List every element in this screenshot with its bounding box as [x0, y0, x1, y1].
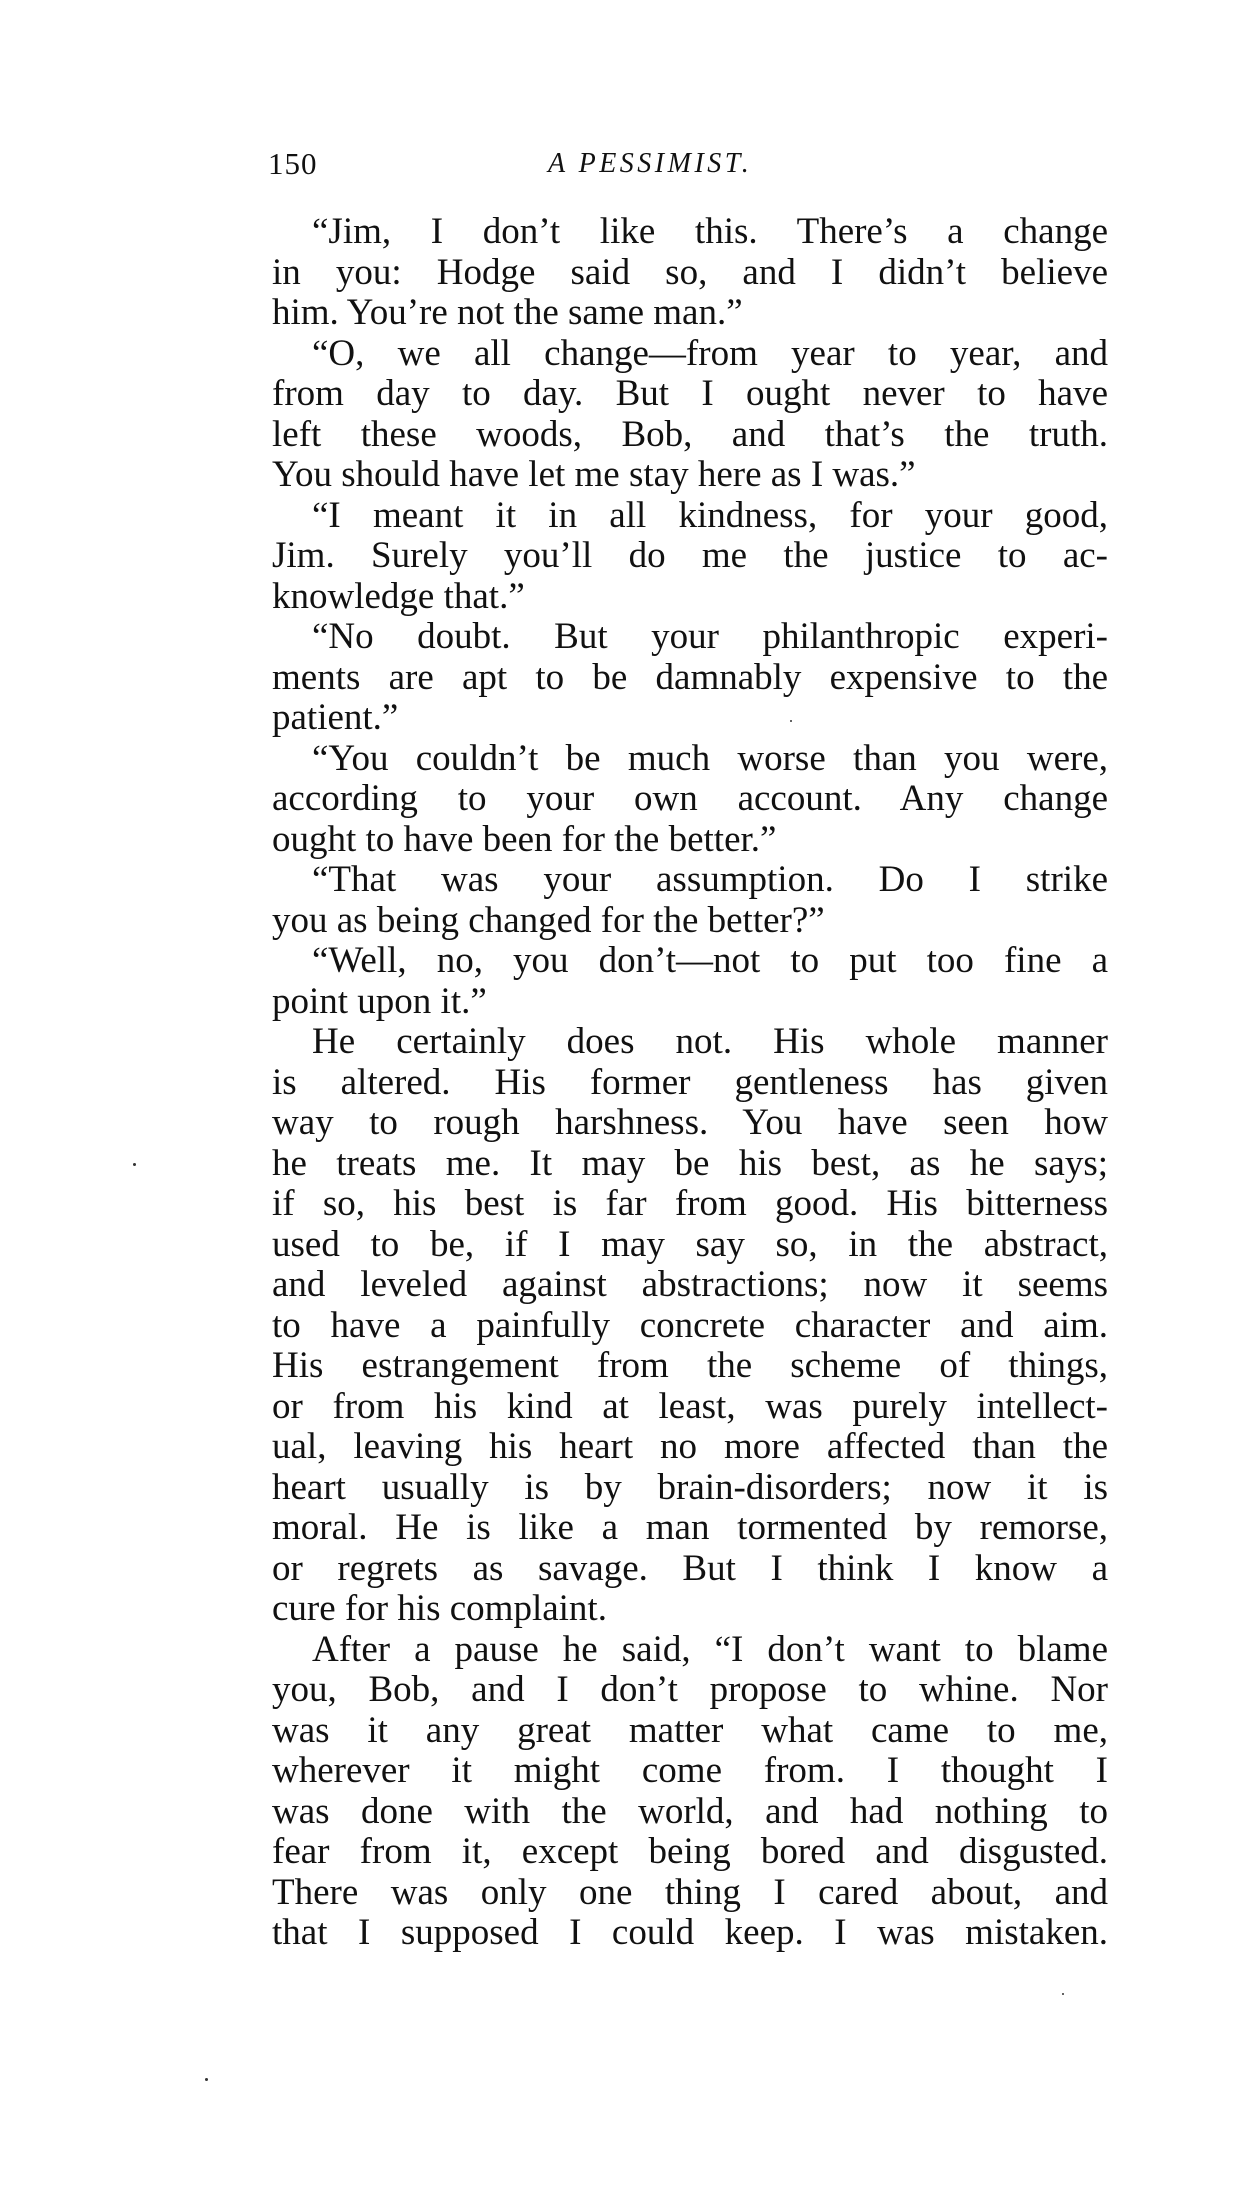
text-line: or regrets as savage. But I think I know…: [272, 1549, 1108, 1590]
text-line: moral. He is like a man tormented by rem…: [272, 1508, 1108, 1549]
text-line: way to rough harshness. You have seen ho…: [272, 1103, 1108, 1144]
text-line: ought to have been for the better.”: [272, 820, 1108, 861]
text-line: from day to day. But I ought never to ha…: [272, 374, 1108, 415]
text-line: There was only one thing I cared about, …: [272, 1873, 1108, 1914]
scan-speck: [790, 720, 792, 722]
text-line: ual, leaving his heart no more affected …: [272, 1427, 1108, 1468]
text-line: heart usually is by brain-disorders; now…: [272, 1468, 1108, 1509]
text-line: used to be, if I may say so, in the abst…: [272, 1225, 1108, 1266]
text-line: to have a painfully concrete character a…: [272, 1306, 1108, 1347]
text-line: in you: Hodge said so, and I didn’t beli…: [272, 253, 1108, 294]
text-line: if so, his best is far from good. His bi…: [272, 1184, 1108, 1225]
text-line: “I meant it in all kindness, for your go…: [272, 496, 1108, 537]
text-line: he treats me. It may be his best, as he …: [272, 1144, 1108, 1185]
text-line: “O, we all change—from year to year, and: [272, 334, 1108, 375]
text-line: “Well, no, you don’t—not to put too fine…: [272, 941, 1108, 982]
page-number: 150: [268, 146, 318, 182]
scan-speck: [205, 2078, 208, 2081]
text-line: you, Bob, and I don’t propose to whine. …: [272, 1670, 1108, 1711]
body-text: “Jim, I don’t like this. There’s a chang…: [272, 212, 1108, 1954]
text-line: ments are apt to be damnably expensive t…: [272, 658, 1108, 699]
text-line: “You couldn’t be much worse than you wer…: [272, 739, 1108, 780]
text-line: You should have let me stay here as I wa…: [272, 455, 1108, 496]
text-line: “No doubt. But your philanthropic experi…: [272, 617, 1108, 658]
text-line: left these woods, Bob, and that’s the tr…: [272, 415, 1108, 456]
text-line: “Jim, I don’t like this. There’s a chang…: [272, 212, 1108, 253]
text-line: He certainly does not. His whole manner: [272, 1022, 1108, 1063]
text-line: you as being changed for the better?”: [272, 901, 1108, 942]
text-line: fear from it, except being bored and dis…: [272, 1832, 1108, 1873]
text-line: Jim. Surely you’ll do me the justice to …: [272, 536, 1108, 577]
text-line: knowledge that.”: [272, 577, 1108, 618]
text-line: His estrangement from the scheme of thin…: [272, 1346, 1108, 1387]
text-line: wherever it might come from. I thought I: [272, 1751, 1108, 1792]
text-line: cure for his complaint.: [272, 1589, 1108, 1630]
text-line: was it any great matter what came to me,: [272, 1711, 1108, 1752]
running-title: A PESSIMIST.: [548, 146, 752, 182]
page-header: 150 A PESSIMIST.: [268, 146, 1108, 182]
text-line: that I supposed I could keep. I was mist…: [272, 1913, 1108, 1954]
text-line: and leveled against abstractions; now it…: [272, 1265, 1108, 1306]
text-line: “That was your assumption. Do I strike: [272, 860, 1108, 901]
text-line: point upon it.”: [272, 982, 1108, 1023]
text-line: was done with the world, and had nothing…: [272, 1792, 1108, 1833]
scan-speck: [1062, 1993, 1064, 1995]
text-line: After a pause he said, “I don’t want to …: [272, 1630, 1108, 1671]
text-line: or from his kind at least, was purely in…: [272, 1387, 1108, 1428]
text-line: is altered. His former gentleness has gi…: [272, 1063, 1108, 1104]
scan-speck: [133, 1163, 136, 1166]
text-line: patient.”: [272, 698, 1108, 739]
text-line: him. You’re not the same man.”: [272, 293, 1108, 334]
text-line: according to your own account. Any chang…: [272, 779, 1108, 820]
